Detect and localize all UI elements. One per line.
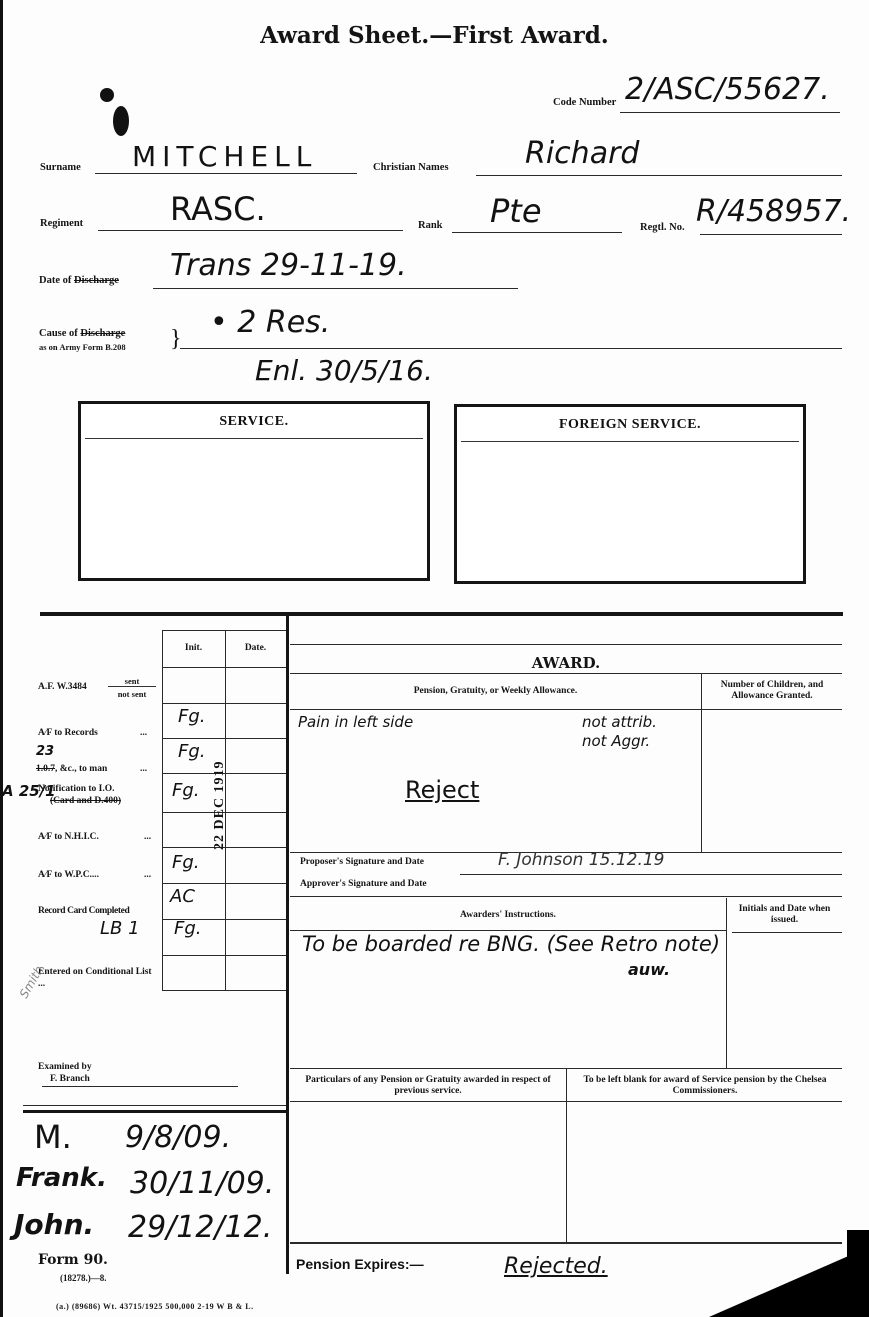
date-of-value: Trans 29-11-19.	[170, 248, 407, 283]
pension-expires-value: Rejected.	[504, 1254, 608, 1279]
col-children-heading: Number of Children, and Allowance Grante…	[702, 680, 842, 702]
row-record-card-label: Record Card Completed	[38, 906, 129, 916]
regtl-no-value: R/458957.	[696, 194, 851, 229]
rank-value: Pte	[490, 192, 542, 230]
cause-of-label: Cause of Discharge	[39, 328, 125, 339]
ink-blot	[113, 106, 129, 136]
history-3-name: John.	[14, 1208, 94, 1241]
history-2-date: 30/11/09.	[130, 1166, 274, 1201]
row-2-init: Fg.	[178, 741, 206, 762]
row-afw3484-label: A.F. W.3484	[38, 682, 87, 692]
row-7-hand-note: LB 1	[100, 918, 140, 939]
row-3-init: Fg.	[172, 780, 200, 801]
history-1-name: M.	[34, 1118, 72, 1156]
award-heading: AWARD.	[290, 654, 842, 672]
initials-heading: Initials and Date when issued.	[727, 904, 842, 926]
christian-names-value: Richard	[525, 136, 639, 171]
pension-decision: Reject	[405, 776, 479, 804]
row-notification-label: Notification to I.O.	[38, 784, 115, 794]
foreign-service-box-title: FOREIGN SERVICE.	[461, 407, 799, 442]
history-1-date: 9/8/09.	[125, 1120, 231, 1155]
regiment-value: RASC.	[170, 190, 266, 228]
service-box-title: SERVICE.	[85, 404, 423, 439]
examined-sublabel: F. Branch	[50, 1074, 90, 1084]
examined-label: Examined by	[38, 1062, 92, 1072]
pension-note-2: not Aggr.	[582, 732, 650, 750]
form-number: Form 90.	[38, 1252, 108, 1268]
ink-blot	[100, 88, 114, 102]
instructions-text: To be boarded re BNG. (See Retro note)	[302, 932, 720, 956]
regiment-label: Regiment	[40, 218, 83, 229]
code-number-value: 2/ASC/55627.	[625, 72, 830, 107]
row-conditional-label: Entered on Conditional List ...	[38, 966, 156, 990]
form-title: Award Sheet.—First Award.	[0, 22, 869, 49]
foreign-service-box: FOREIGN SERVICE.	[454, 404, 806, 584]
instructions-heading: Awarders' Instructions.	[290, 910, 726, 920]
scan-edge	[0, 0, 3, 1317]
row-nhic-label: A⁄F to N.H.I.C.	[38, 832, 99, 842]
proposer-value: F. Johnson 15.12.19	[498, 850, 665, 870]
regtl-no-label: Regtl. No.	[640, 222, 685, 233]
enlistment-note: Enl. 30/5/16.	[255, 354, 433, 387]
surname-label: Surname	[40, 162, 81, 173]
row-to-man-label: 1.0.7, &c., to man	[36, 764, 107, 774]
form-code: (18278.)—8.	[60, 1273, 107, 1283]
scan-corner	[709, 1247, 869, 1317]
proposer-label: Proposer's Signature and Date	[300, 857, 424, 867]
christian-names-label: Christian Names	[373, 162, 449, 173]
date-stamp: 22 DEC 1919	[212, 770, 228, 850]
row-6-init: AC	[170, 886, 195, 907]
col-init: Init.	[162, 643, 225, 653]
cause-of-sublabel: as on Army Form B.208	[39, 342, 126, 352]
col-date: Date.	[225, 643, 286, 653]
previous-service-heading: Particulars of any Pension or Gratuity a…	[290, 1075, 566, 1097]
print-line: (a.) (89686) Wt. 43715/1925 500,000 2-19…	[56, 1302, 254, 1311]
pension-expires-label: Pension Expires:—	[296, 1256, 424, 1272]
pension-condition: Pain in left side	[298, 713, 413, 731]
history-3-date: 29/12/12.	[128, 1210, 272, 1245]
cause-of-value: • 2 Res.	[210, 305, 330, 340]
row-7-init: Fg.	[174, 918, 202, 939]
instructions-initials: auw.	[628, 960, 670, 979]
row-5-init: Fg.	[172, 852, 200, 873]
scan-corner-edge	[847, 1230, 869, 1317]
row-records-label: A⁄F to Records	[38, 728, 98, 738]
date-of-label: Date of Discharge	[39, 275, 119, 286]
rank-label: Rank	[418, 220, 443, 231]
surname-value: MITCHELL	[132, 140, 317, 173]
approver-label: Approver's Signature and Date	[300, 879, 427, 889]
row-wpc-label: A⁄F to W.P.C....	[38, 870, 99, 880]
chelsea-heading: To be left blank for award of Service pe…	[568, 1075, 842, 1097]
pension-note-1: not attrib.	[582, 713, 657, 731]
col-pension-heading: Pension, Gratuity, or Weekly Allowance.	[290, 686, 701, 696]
service-box: SERVICE.	[78, 401, 430, 581]
history-2-name: Frank.	[16, 1163, 107, 1193]
code-number-label: Code Number	[553, 97, 616, 108]
row-1-init: Fg.	[178, 706, 206, 727]
